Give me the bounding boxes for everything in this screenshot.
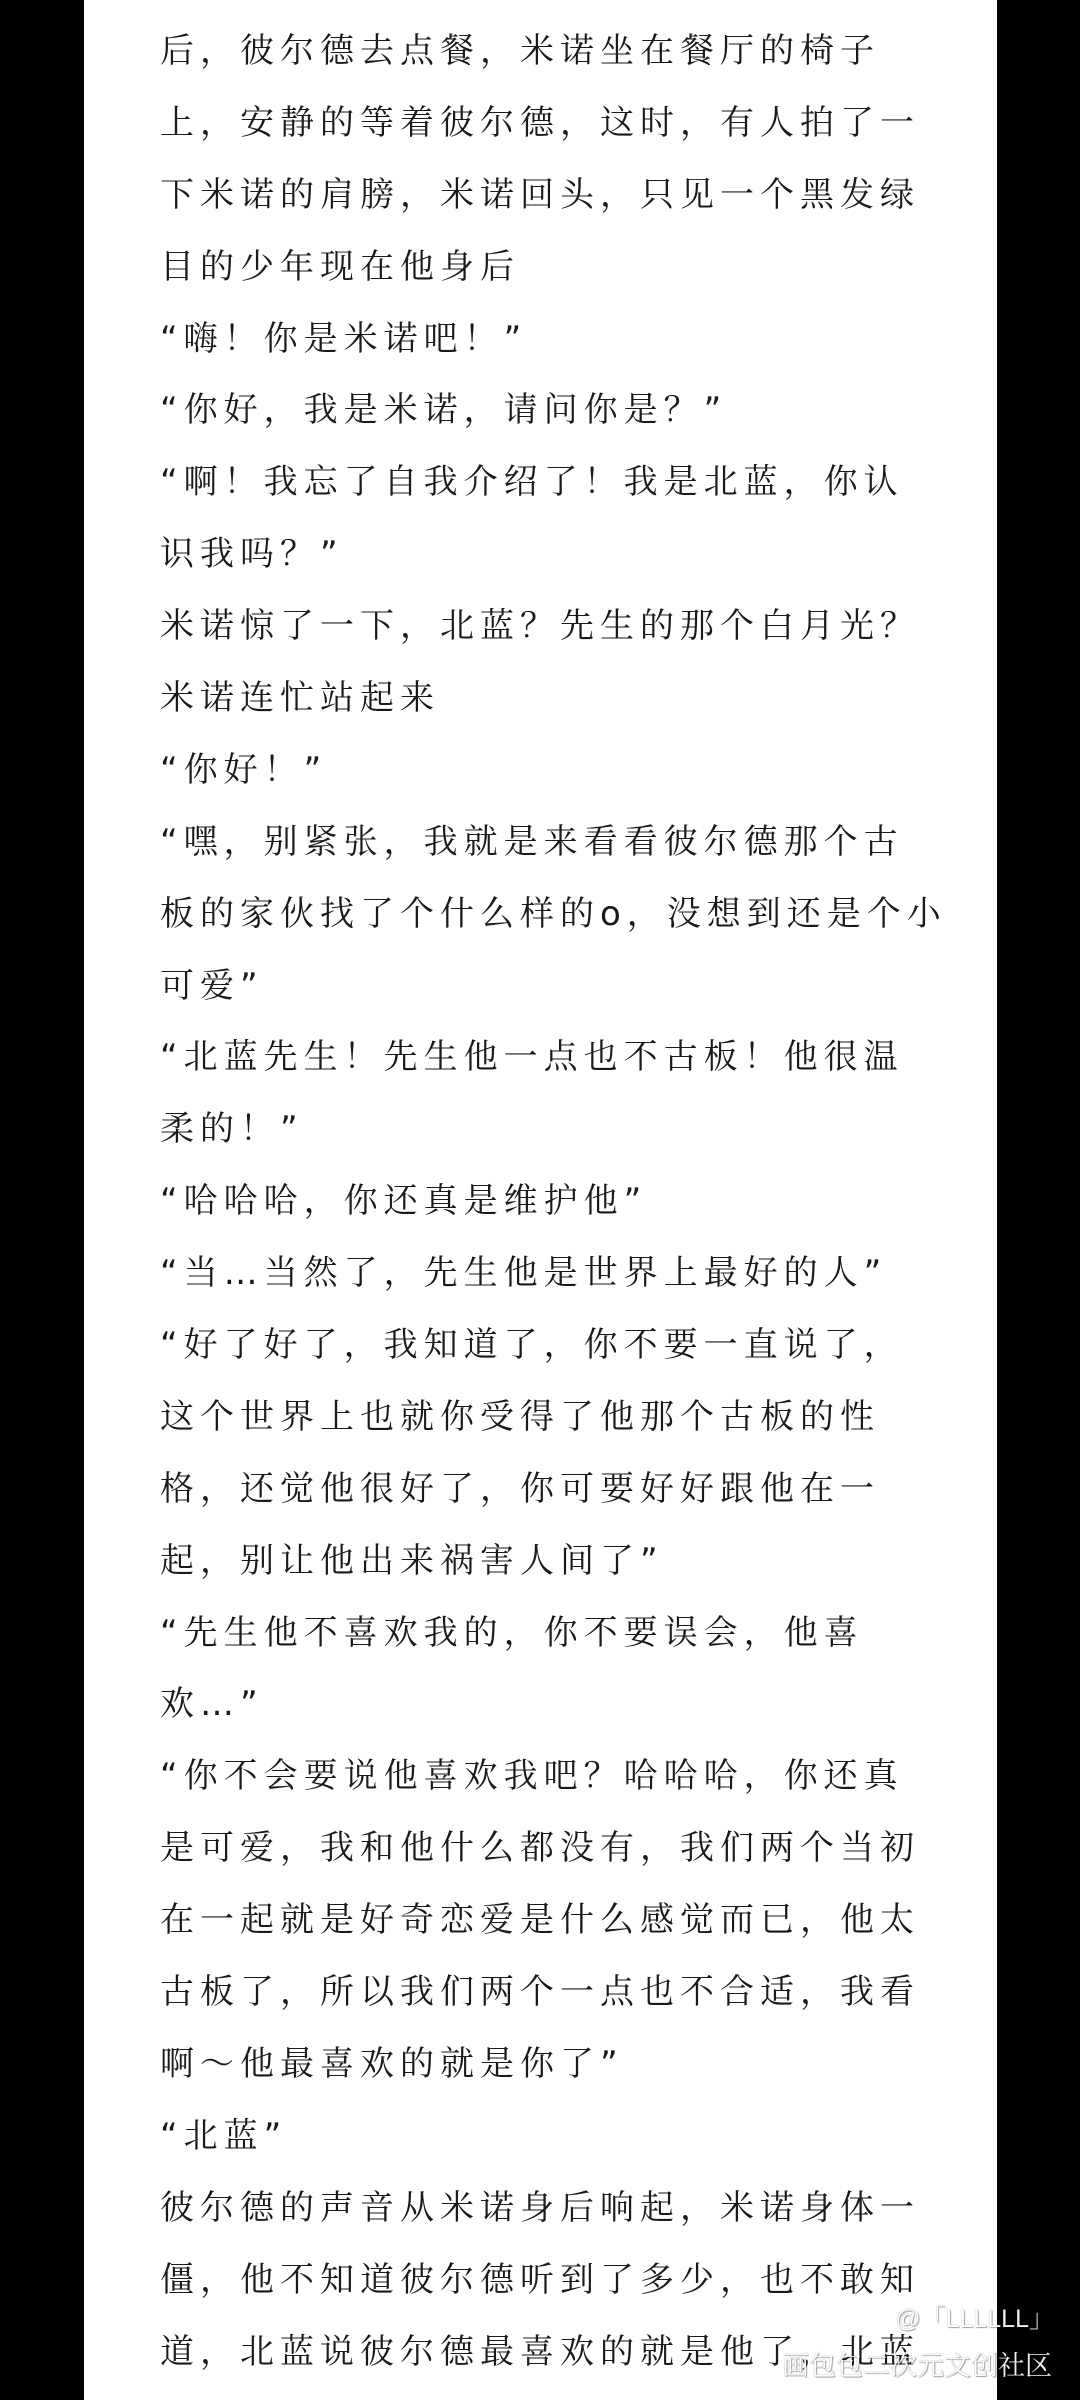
text-line: 僵，他不知道彼尔德听到了多少，也不敢知 <box>160 2245 980 2317</box>
text-line: 柔的！” <box>160 1094 980 1166</box>
text-line: 欢…” <box>160 1669 980 1741</box>
text-line: 古板了，所以我们两个一点也不合适，我看 <box>160 1957 980 2029</box>
text-line: 啊～他最喜欢的就是你了” <box>160 2029 980 2101</box>
text-line: 格，还觉他很好了，你可要好好跟他在一 <box>160 1454 980 1526</box>
text-line: “你不会要说他喜欢我吧？哈哈哈，你还真 <box>160 1741 980 1813</box>
text-line: 上，安静的等着彼尔德，这时，有人拍了一 <box>160 88 980 160</box>
text-line: “你好，我是米诺，请问你是？” <box>160 375 980 447</box>
text-line: “哈哈哈，你还真是维护他” <box>160 1166 980 1238</box>
text-line: “北蓝先生！先生他一点也不古板！他很温 <box>160 1022 980 1094</box>
text-line: “北蓝” <box>160 2101 980 2173</box>
text-line: “嘿，别紧张，我就是来看看彼尔德那个古 <box>160 807 980 879</box>
text-line: 下米诺的肩膀，米诺回头，只见一个黑发绿 <box>160 160 980 232</box>
text-line: 识我吗？” <box>160 519 980 591</box>
watermark-platform-name: 画包包二次元文创社区 <box>782 2344 1052 2383</box>
text-line: “你好！” <box>160 735 980 807</box>
text-line: 后，彼尔德去点餐，米诺坐在餐厅的椅子 <box>160 16 980 88</box>
text-line: 这个世界上也就你受得了他那个古板的性 <box>160 1382 980 1454</box>
text-line: 起，别让他出来祸害人间了” <box>160 1526 980 1598</box>
text-line: “当…当然了，先生他是世界上最好的人” <box>160 1238 980 1310</box>
text-line: 彼尔德的声音从米诺身后响起，米诺身体一 <box>160 2173 980 2245</box>
text-line: “啊！我忘了自我介绍了！我是北蓝，你认 <box>160 447 980 519</box>
text-line: 米诺惊了一下，北蓝？先生的那个白月光？ <box>160 591 980 663</box>
story-text: 后，彼尔德去点餐，米诺坐在餐厅的椅子 上，安静的等着彼尔德，这时，有人拍了一 下… <box>160 16 980 2388</box>
text-line: 在一起就是好奇恋爱是什么感觉而已，他太 <box>160 1885 980 1957</box>
text-page: 后，彼尔德去点餐，米诺坐在餐厅的椅子 上，安静的等着彼尔德，这时，有人拍了一 下… <box>84 0 997 2400</box>
text-line: “嗨！你是米诺吧！” <box>160 304 980 376</box>
watermark-author-handle: @「LLLLLL」 <box>895 2299 1054 2335</box>
text-line: 可爱” <box>160 951 980 1023</box>
text-line: 米诺连忙站起来 <box>160 663 980 735</box>
screen: 后，彼尔德去点餐，米诺坐在餐厅的椅子 上，安静的等着彼尔德，这时，有人拍了一 下… <box>0 0 1080 2400</box>
text-line: 是可爱，我和他什么都没有，我们两个当初 <box>160 1813 980 1885</box>
text-line: “先生他不喜欢我的，你不要误会，他喜 <box>160 1598 980 1670</box>
text-line: “好了好了，我知道了，你不要一直说了， <box>160 1310 980 1382</box>
text-line: 板的家伙找了个什么样的o，没想到还是个小 <box>160 879 980 951</box>
text-line: 目的少年现在他身后 <box>160 232 980 304</box>
